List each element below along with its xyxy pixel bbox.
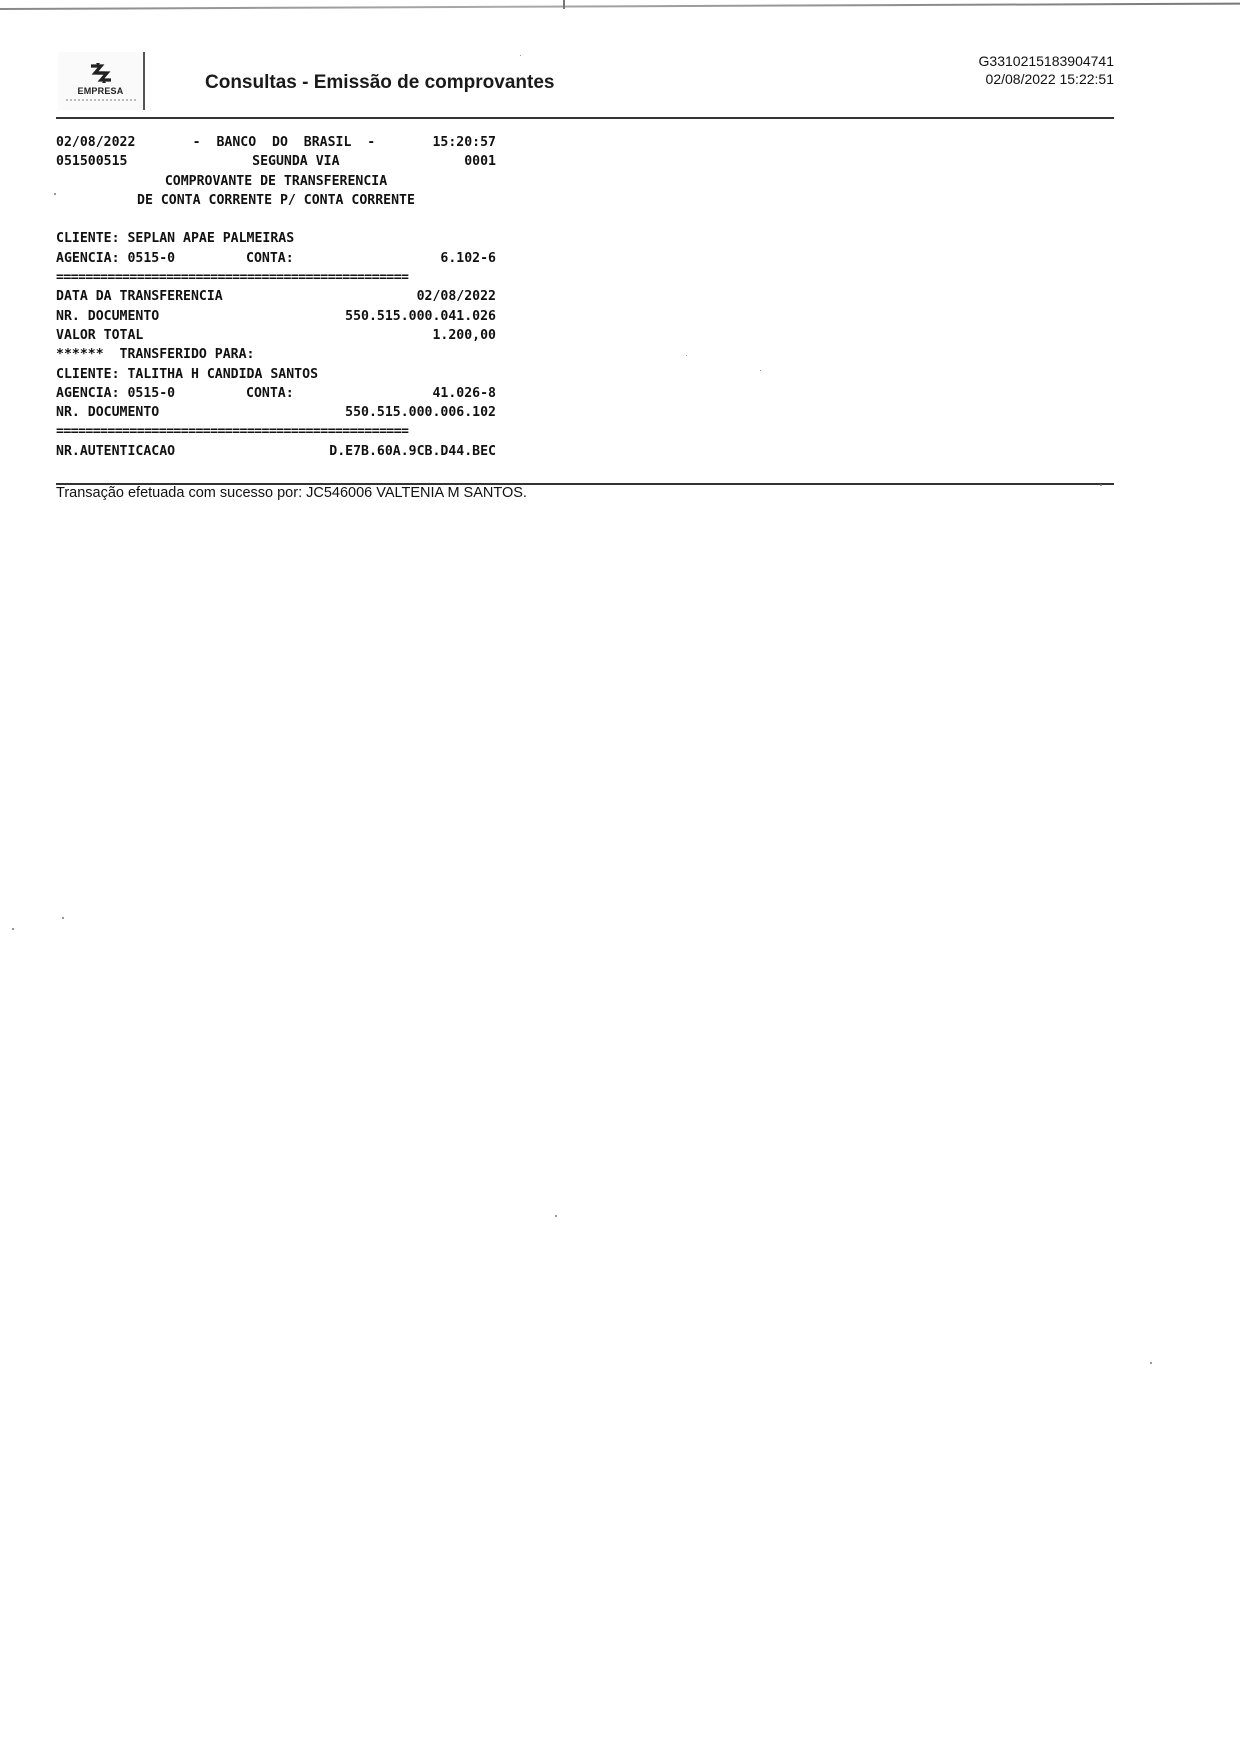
origin-client-name: CLIENTE: SEPLAN APAE PALMEIRAS: [56, 229, 294, 248]
destination-document-label: NR. DOCUMENTO: [56, 403, 159, 422]
scan-speck: [54, 193, 56, 195]
scan-speck: [686, 355, 687, 356]
receipt-header-line-2: 051500515 SEGUNDA VIA 0001: [56, 152, 496, 171]
scan-speck: [62, 917, 64, 919]
total-value-amount: 1.200,00: [432, 326, 496, 345]
transaction-status: Transação efetuada com sucesso por: JC54…: [56, 485, 527, 501]
total-value-row: VALOR TOTAL 1.200,00: [56, 326, 496, 345]
transfer-date-row: DATA DA TRANSFERENCIA 02/08/2022: [56, 287, 496, 306]
document-number-value: 550.515.000.041.026: [345, 307, 496, 326]
transferred-to-row: ****** TRANSFERIDO PARA:: [56, 345, 496, 364]
origin-agency: AGENCIA: 0515-0: [56, 249, 246, 268]
transfer-date-label: DATA DA TRANSFERENCIA: [56, 287, 223, 306]
header-divider: [56, 117, 1114, 119]
banco-do-brasil-logo-icon: [87, 61, 115, 85]
scan-speck: [760, 370, 761, 371]
scan-speck: [1100, 484, 1102, 486]
document-number-label: NR. DOCUMENTO: [56, 307, 159, 326]
bank-logo: EMPRESA: [58, 52, 145, 110]
logo-label: EMPRESA: [78, 86, 124, 96]
destination-document-row: NR. DOCUMENTO 550.515.000.006.102: [56, 403, 496, 422]
destination-account-label: CONTA:: [246, 384, 356, 403]
copy-label: SEGUNDA VIA: [127, 152, 464, 171]
page-title: Consultas - Emissão de comprovantes: [205, 72, 555, 94]
scan-speck: [1150, 1362, 1152, 1364]
authentication-label: NR.AUTENTICACAO: [56, 442, 175, 461]
receipt-title-text-1: COMPROVANTE DE TRANSFERENCIA: [165, 172, 387, 191]
scan-speck: [520, 55, 521, 56]
logo-tagline: [66, 99, 136, 101]
destination-document-value: 550.515.000.006.102: [345, 403, 496, 422]
scan-speck: [12, 928, 14, 930]
receipt-title-2: DE CONTA CORRENTE P/ CONTA CORRENTE: [56, 191, 496, 210]
scan-edge: [0, 3, 1240, 10]
separator-line: ========================================…: [56, 422, 496, 441]
destination-account-row: AGENCIA: 0515-0 CONTA: 41.026-8: [56, 384, 496, 403]
total-value-label: VALOR TOTAL: [56, 326, 143, 345]
destination-client-name: CLIENTE: TALITHA H CANDIDA SANTOS: [56, 365, 318, 384]
authentication-value: D.E7B.60A.9CB.D44.BEC: [329, 442, 496, 461]
authentication-row: NR.AUTENTICACAO D.E7B.60A.9CB.D44.BEC: [56, 442, 496, 461]
origin-account-row: AGENCIA: 0515-0 CONTA: 6.102-6: [56, 249, 496, 268]
header-meta: G3310215183904741 02/08/2022 15:22:51: [979, 52, 1114, 88]
issue-timestamp: 02/08/2022 15:22:51: [979, 70, 1114, 88]
transfer-date-value: 02/08/2022: [417, 287, 496, 306]
spacer: [56, 210, 496, 229]
document-number-row: NR. DOCUMENTO 550.515.000.041.026: [56, 307, 496, 326]
receipt-title-text-2: DE CONTA CORRENTE P/ CONTA CORRENTE: [137, 191, 415, 210]
destination-agency: AGENCIA: 0515-0: [56, 384, 246, 403]
destination-account-value: 41.026-8: [356, 384, 496, 403]
separator-line: ========================================…: [56, 268, 496, 287]
receipt-time: 15:20:57: [432, 133, 496, 152]
transfer-receipt: 02/08/2022 - BANCO DO BRASIL - 15:20:57 …: [56, 133, 496, 461]
destination-client: CLIENTE: TALITHA H CANDIDA SANTOS: [56, 365, 496, 384]
terminal-code: 051500515: [56, 152, 127, 171]
origin-client: CLIENTE: SEPLAN APAE PALMEIRAS: [56, 229, 496, 248]
origin-account-value: 6.102-6: [356, 249, 496, 268]
transferred-to-label: ****** TRANSFERIDO PARA:: [56, 345, 255, 364]
origin-account-label: CONTA:: [246, 249, 356, 268]
scan-speck: [555, 1215, 557, 1217]
receipt-date: 02/08/2022: [56, 133, 135, 152]
receipt-title-1: COMPROVANTE DE TRANSFERENCIA: [56, 172, 496, 191]
transaction-id: G3310215183904741: [979, 52, 1114, 70]
bank-name: - BANCO DO BRASIL -: [135, 133, 432, 152]
scan-fold-mark: [563, 0, 565, 9]
page-header: EMPRESA Consultas - Emissão de comprovan…: [56, 50, 1114, 116]
receipt-header-line-1: 02/08/2022 - BANCO DO BRASIL - 15:20:57: [56, 133, 496, 152]
sequence-number: 0001: [464, 152, 496, 171]
